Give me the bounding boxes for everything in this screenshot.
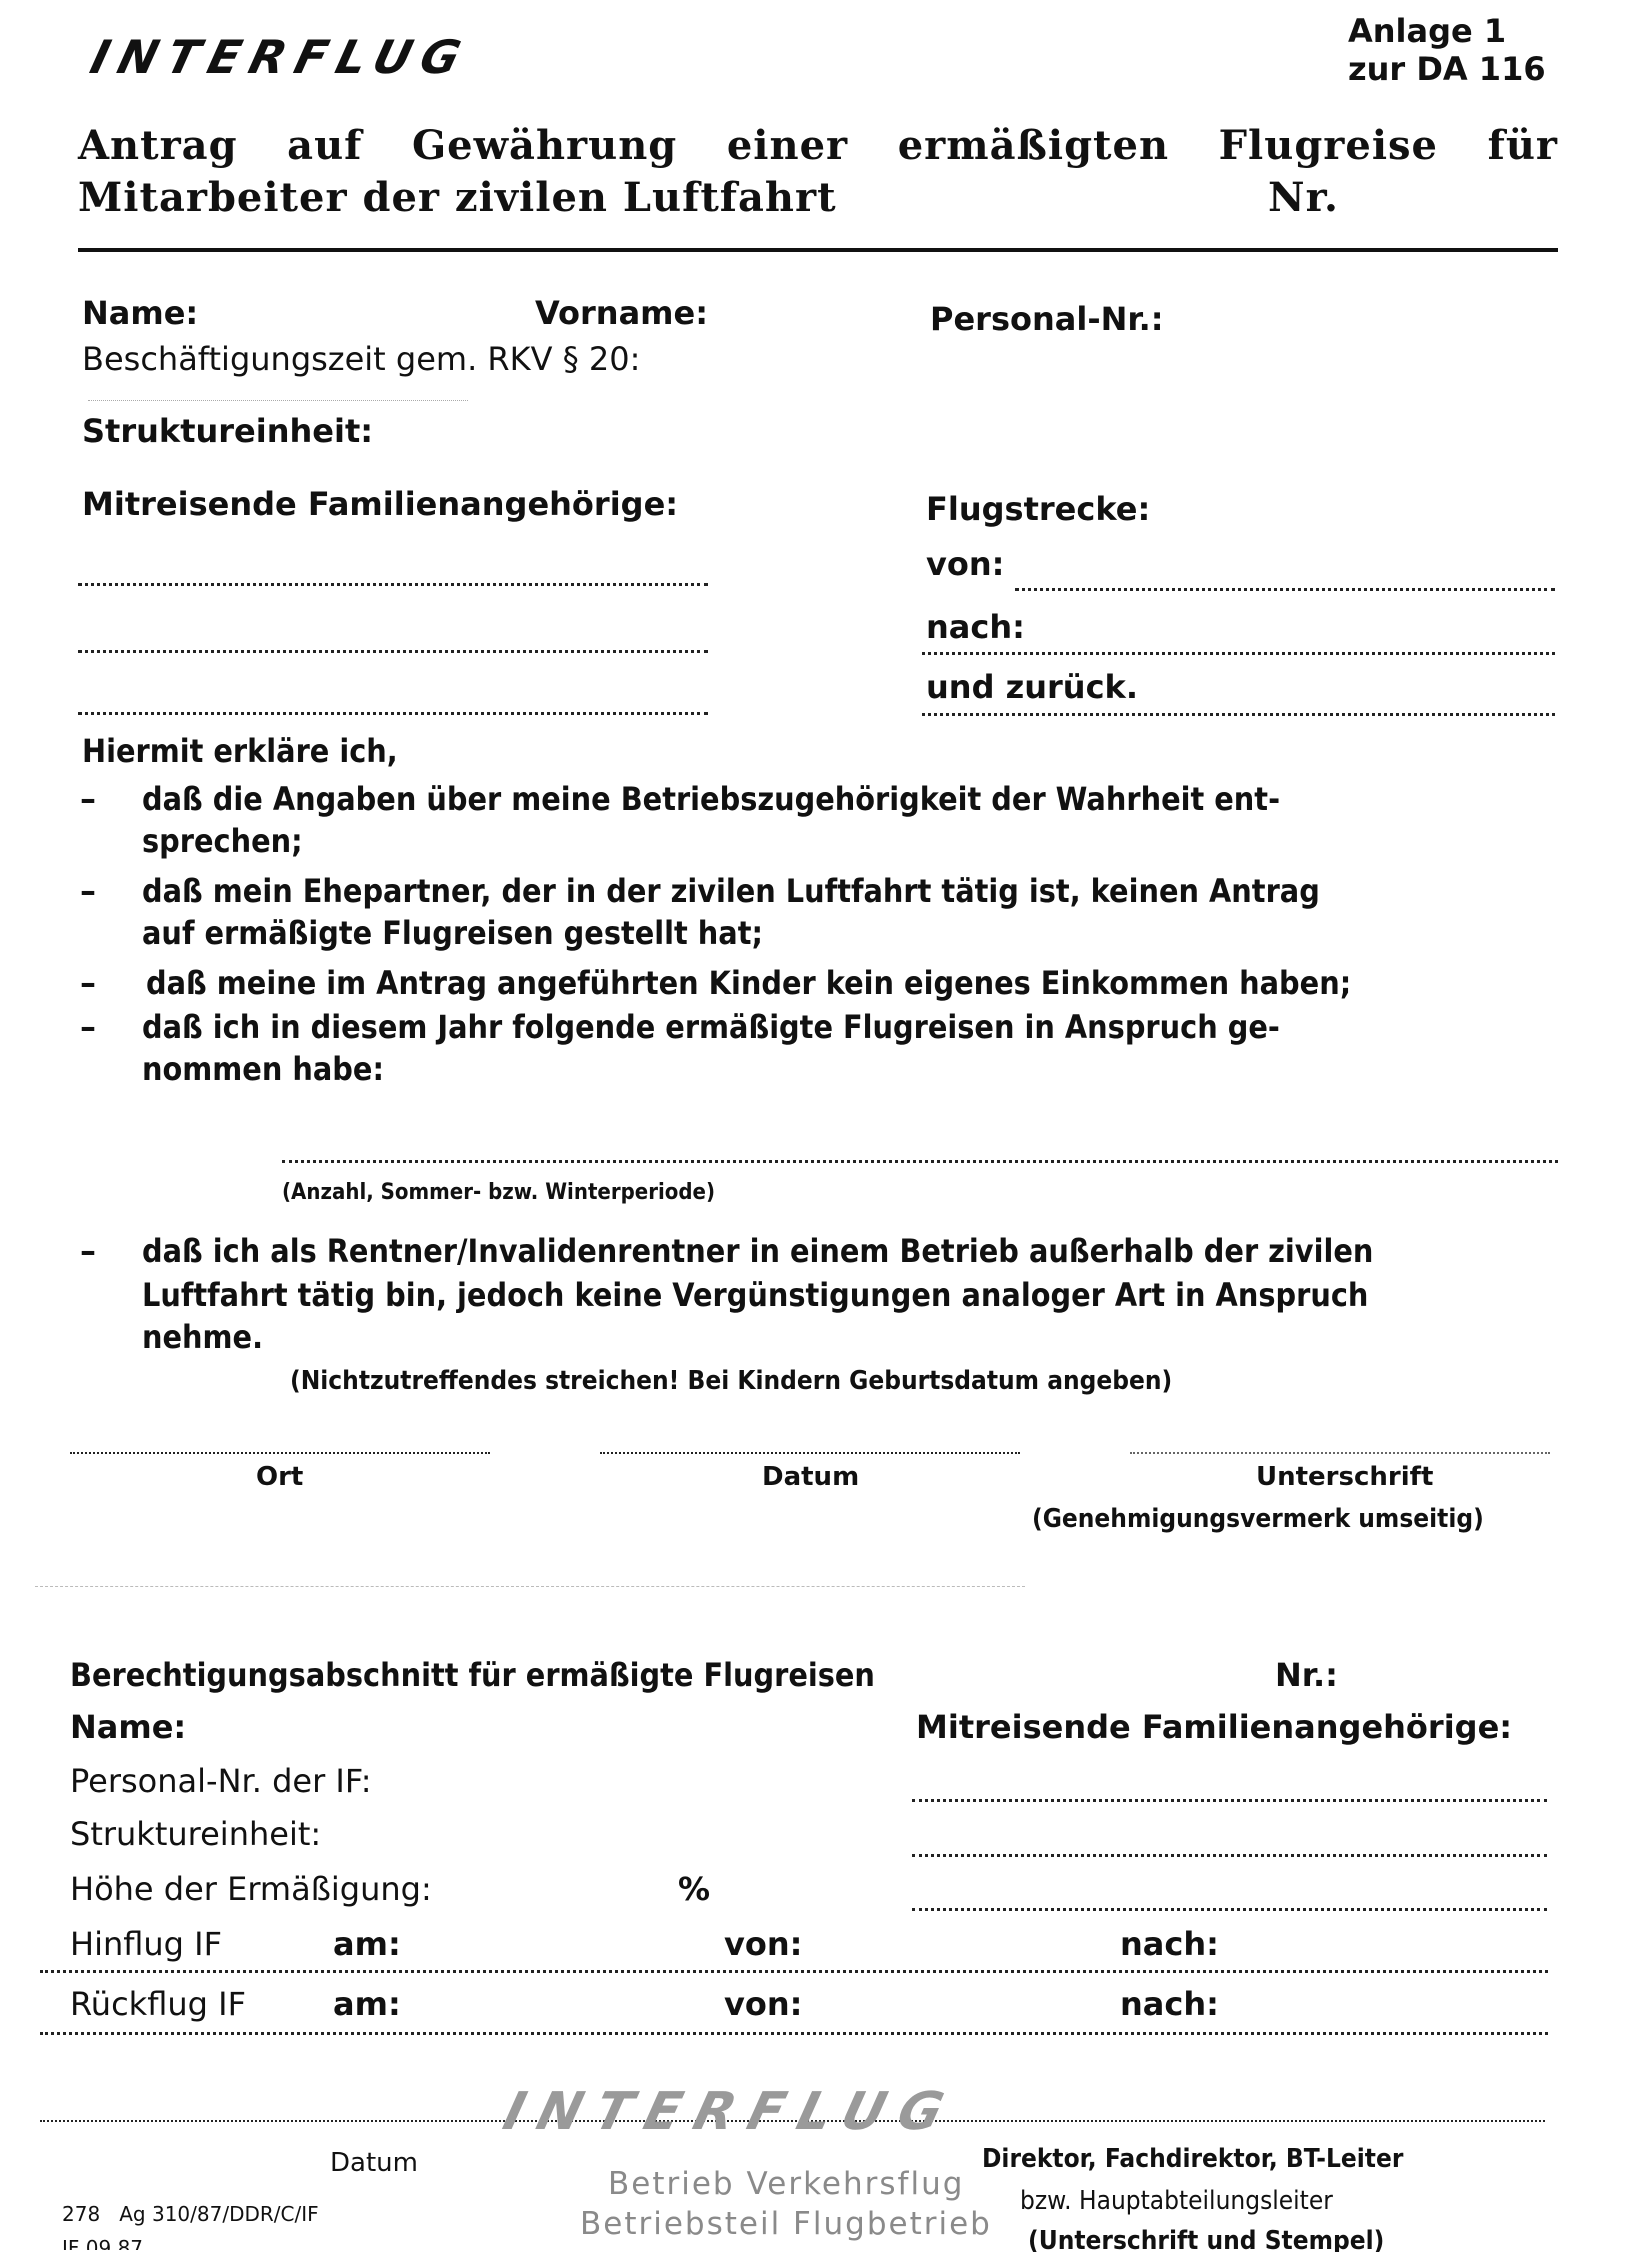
unterschrift-field[interactable] [1130, 1452, 1550, 1454]
datum-field[interactable] [600, 1452, 1020, 1454]
retiree-line-3: nehme. [142, 1318, 263, 1356]
retiree-line-2: Luftfahrt tätig bin, jedoch keine Vergün… [142, 1276, 1368, 1314]
struktureinheit-label: Struktureinheit: [82, 412, 373, 450]
bullet-dash: – [80, 1232, 96, 1270]
form-title-line-1: Antrag auf Gewährung einer ermäßigten Fl… [78, 122, 1558, 169]
rueckflug-field[interactable] [40, 2032, 1548, 2035]
declaration-intro: Hiermit erkläre ich, [82, 732, 398, 770]
percent-sign: % [678, 1870, 710, 1908]
hinflug-label: Hinflug IF [70, 1925, 222, 1963]
ort-field[interactable] [70, 1452, 490, 1454]
flugstrecke-label: Flugstrecke: [926, 490, 1150, 528]
voucher-family-field-3[interactable] [912, 1908, 1547, 1911]
voucher-personal-nr-label: Personal-Nr. der IF: [70, 1762, 372, 1800]
ort-label: Ort [256, 1462, 303, 1492]
declaration-item-4-line-2: nommen habe: [142, 1050, 384, 1088]
family-member-field-3[interactable] [78, 712, 708, 715]
hinflug-field[interactable] [40, 1970, 1548, 1973]
title-rule [78, 248, 1558, 252]
beschaeftigungszeit-field[interactable] [88, 400, 468, 401]
rueckflug-label: Rückflug IF [70, 1985, 246, 2023]
signer-title-line-2: bzw. Hauptabteilungsleiter [1020, 2186, 1333, 2216]
von-field[interactable] [1015, 588, 1555, 591]
voucher-struktureinheit-label: Struktureinheit: [70, 1815, 321, 1853]
form-number-label: Nr. [1268, 174, 1339, 221]
bullet-dash: – [80, 872, 96, 910]
voucher-title: Berechtigungsabschnitt für ermäßigte Flu… [70, 1656, 875, 1694]
title-word: Antrag [78, 122, 238, 169]
hinflug-nach-label: nach: [1120, 1925, 1219, 1963]
declaration-item-1-line-1: daß die Angaben über meine Betriebszugeh… [142, 780, 1280, 818]
und-zurueck-label: und zurück. [926, 668, 1138, 706]
annex-reference: Anlage 1 zur DA 116 [1348, 12, 1546, 88]
nach-label: nach: [926, 608, 1025, 646]
voucher-family-field-2[interactable] [912, 1854, 1547, 1857]
declaration-item-2-line-2: auf ermäßigte Flugreisen gestellt hat; [142, 914, 763, 952]
flights-taken-hint: (Anzahl, Sommer- bzw. Winterperiode) [282, 1180, 715, 1205]
annex-line-2: zur DA 116 [1348, 50, 1546, 88]
stamp-line-1: Betrieb Verkehrsflug [608, 2166, 964, 2202]
stamp-logo: INTERFLUG [498, 2082, 964, 2142]
form-title-line-2: Mitarbeiter der zivilen Luftfahrt [78, 174, 837, 221]
declaration-item-1-line-2: sprechen; [142, 822, 303, 860]
declaration-item-2-line-1: daß mein Ehepartner, der in der zivilen … [142, 872, 1320, 910]
annex-line-1: Anlage 1 [1348, 12, 1546, 50]
title-word: Gewährung [412, 122, 677, 169]
family-members-label: Mitreisende Familienangehörige: [82, 485, 678, 523]
name-label: Name: [82, 294, 198, 332]
von-label: von: [926, 545, 1004, 583]
voucher-nr-label: Nr.: [1275, 1656, 1338, 1694]
bullet-dash: – [80, 780, 96, 818]
declaration-item-4-line-1: daß ich in diesem Jahr folgende ermäßigt… [142, 1008, 1280, 1046]
zurueck-field[interactable] [922, 713, 1555, 716]
title-word: für [1488, 122, 1558, 169]
interflug-logo: INTERFLUG [85, 30, 476, 84]
unterschrift-label: Unterschrift [1256, 1462, 1433, 1492]
family-member-field-1[interactable] [78, 583, 708, 586]
emphasis-keine: keine [574, 1276, 662, 1314]
beschaeftigungszeit-label: Beschäftigungszeit gem. RKV § 20: [82, 340, 640, 378]
stamp-line-2: Betriebsteil Flugbetrieb [580, 2206, 992, 2242]
voucher-discount-label: Höhe der Ermäßigung: [70, 1870, 432, 1908]
strike-instruction-note: (Nichtzutreffendes streichen! Bei Kinder… [290, 1366, 1172, 1396]
voucher-name-label: Name: [70, 1708, 186, 1746]
signer-title-line-3: (Unterschrift und Stempel) [1028, 2226, 1384, 2252]
datum-label: Datum [762, 1462, 859, 1492]
retiree-line-2-post: Vergünstigungen analoger Art in Anspruch [662, 1276, 1368, 1314]
flights-taken-field[interactable] [282, 1160, 1558, 1163]
hinflug-von-label: von: [724, 1925, 802, 1963]
title-word: Flugreise [1219, 122, 1438, 169]
cut-line [35, 1586, 1025, 1587]
family-member-field-2[interactable] [78, 650, 708, 653]
voucher-family-field-1[interactable] [912, 1799, 1547, 1802]
declaration-item-3-line-1: daß meine im Antrag angeführten Kinder k… [146, 964, 1351, 1002]
voucher-family-label: Mitreisende Familienangehörige: [916, 1708, 1512, 1746]
voucher-datum-label: Datum [330, 2148, 418, 2178]
personal-nr-label: Personal-Nr.: [930, 300, 1164, 338]
rueckflug-am-label: am: [333, 1985, 401, 2023]
title-word: ermäßigten [898, 122, 1169, 169]
retiree-line-1: daß ich als Rentner/Invalidenrentner in … [142, 1232, 1373, 1270]
vorname-label: Vorname: [535, 294, 708, 332]
rueckflug-von-label: von: [724, 1985, 802, 2023]
print-code-line-2: IF 09 87 [62, 2236, 143, 2250]
approval-note: (Genehmigungsvermerk umseitig) [1032, 1504, 1484, 1534]
hinflug-am-label: am: [333, 1925, 401, 1963]
rueckflug-nach-label: nach: [1120, 1985, 1219, 2023]
nach-field[interactable] [922, 652, 1555, 655]
title-word: auf [287, 122, 362, 169]
bullet-dash: – [80, 964, 96, 1002]
bullet-dash: – [80, 1008, 96, 1046]
title-word: einer [727, 122, 848, 169]
signer-title-line-1: Direktor, Fachdirektor, BT-Leiter [982, 2144, 1403, 2174]
print-code: 278 Ag 310/87/DDR/C/IF [62, 2202, 319, 2226]
retiree-line-2-pre: Luftfahrt tätig bin, jedoch [142, 1276, 574, 1314]
